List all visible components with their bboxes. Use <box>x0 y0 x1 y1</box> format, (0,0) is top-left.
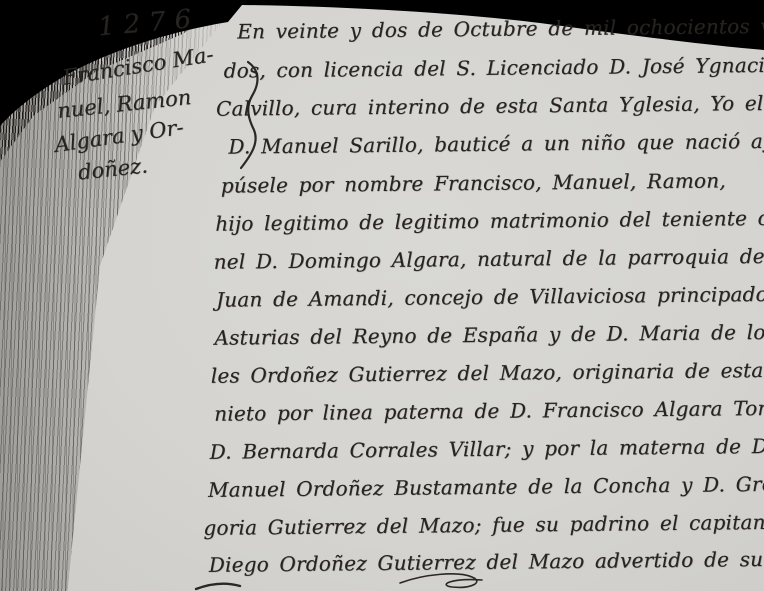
manuscript-line: dos, con licencia del S. Licenciado D. J… <box>224 52 764 82</box>
manuscript-line: nel D. Domingo Algara, natural de la par… <box>214 243 764 273</box>
manuscript-line: púsele por nombre Francisco, Manuel, Ram… <box>221 168 726 197</box>
manuscript-line: les Ordoñez Gutierrez del Mazo, originar… <box>211 357 764 388</box>
manuscript-line: Juan de Amandi, concejo de Villaviciosa … <box>216 282 764 312</box>
manuscript-line: En veinte y dos de Octubre de mil ochoci… <box>237 13 764 43</box>
manuscript-line: Manuel Ordoñez Bustamante de la Concha y… <box>208 472 764 502</box>
manuscript-line: goria Gutierrez del Mazo; fue su padrino… <box>203 510 764 540</box>
manuscript-line: D. Bernarda Corrales Villar; y por la ma… <box>210 434 764 464</box>
manuscript-line: D. Manuel Sarillo, bauticé a un niño que… <box>228 129 764 159</box>
manuscript-line: Calvillo, cura interino de esta Santa Yg… <box>216 91 764 121</box>
manuscript-line: Asturias del Reyno de España y de D. Mar… <box>214 319 764 350</box>
manuscript-line: hijo legitimo de legitimo matrimonio del… <box>215 206 764 236</box>
scanned-register-page: 1276 Francisco Ma- nuel, Ramon Algara y … <box>0 0 764 591</box>
manuscript-line: nieto por linea paterna de D. Francisco … <box>214 396 764 426</box>
manuscript-line: Diego Ordoñez Gutierrez del Mazo adverti… <box>209 546 764 577</box>
record-body: En veinte y dos de Octubre de mil ochoci… <box>0 0 764 591</box>
